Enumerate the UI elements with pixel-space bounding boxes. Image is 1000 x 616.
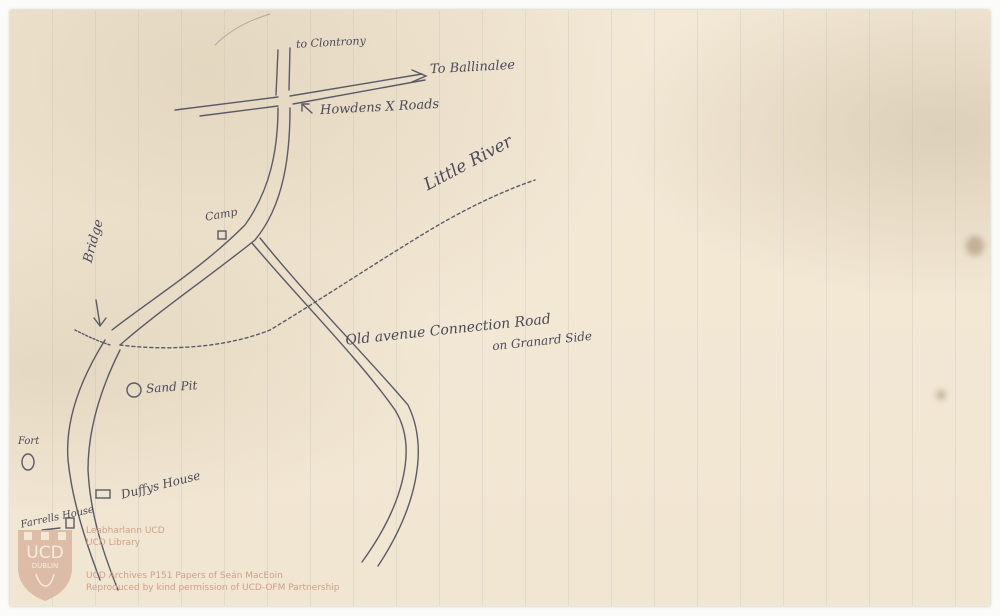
- watermark-permission: Reproduced by kind permission of UCD-OFM…: [86, 582, 340, 594]
- sketch-lines: [0, 0, 1000, 616]
- label-fort: Fort: [18, 436, 39, 447]
- watermark-library-irish: Leabharlann UCD: [86, 525, 165, 537]
- watermark-archives: UCD Archives P151 Papers of Seán MacEoin: [86, 570, 283, 582]
- svg-text:UCD: UCD: [26, 543, 63, 563]
- svg-text:DUBLIN: DUBLIN: [32, 562, 59, 570]
- ucd-crest-logo: UCD DUBLIN: [16, 528, 74, 602]
- watermark-library-english: UCD Library: [86, 537, 140, 549]
